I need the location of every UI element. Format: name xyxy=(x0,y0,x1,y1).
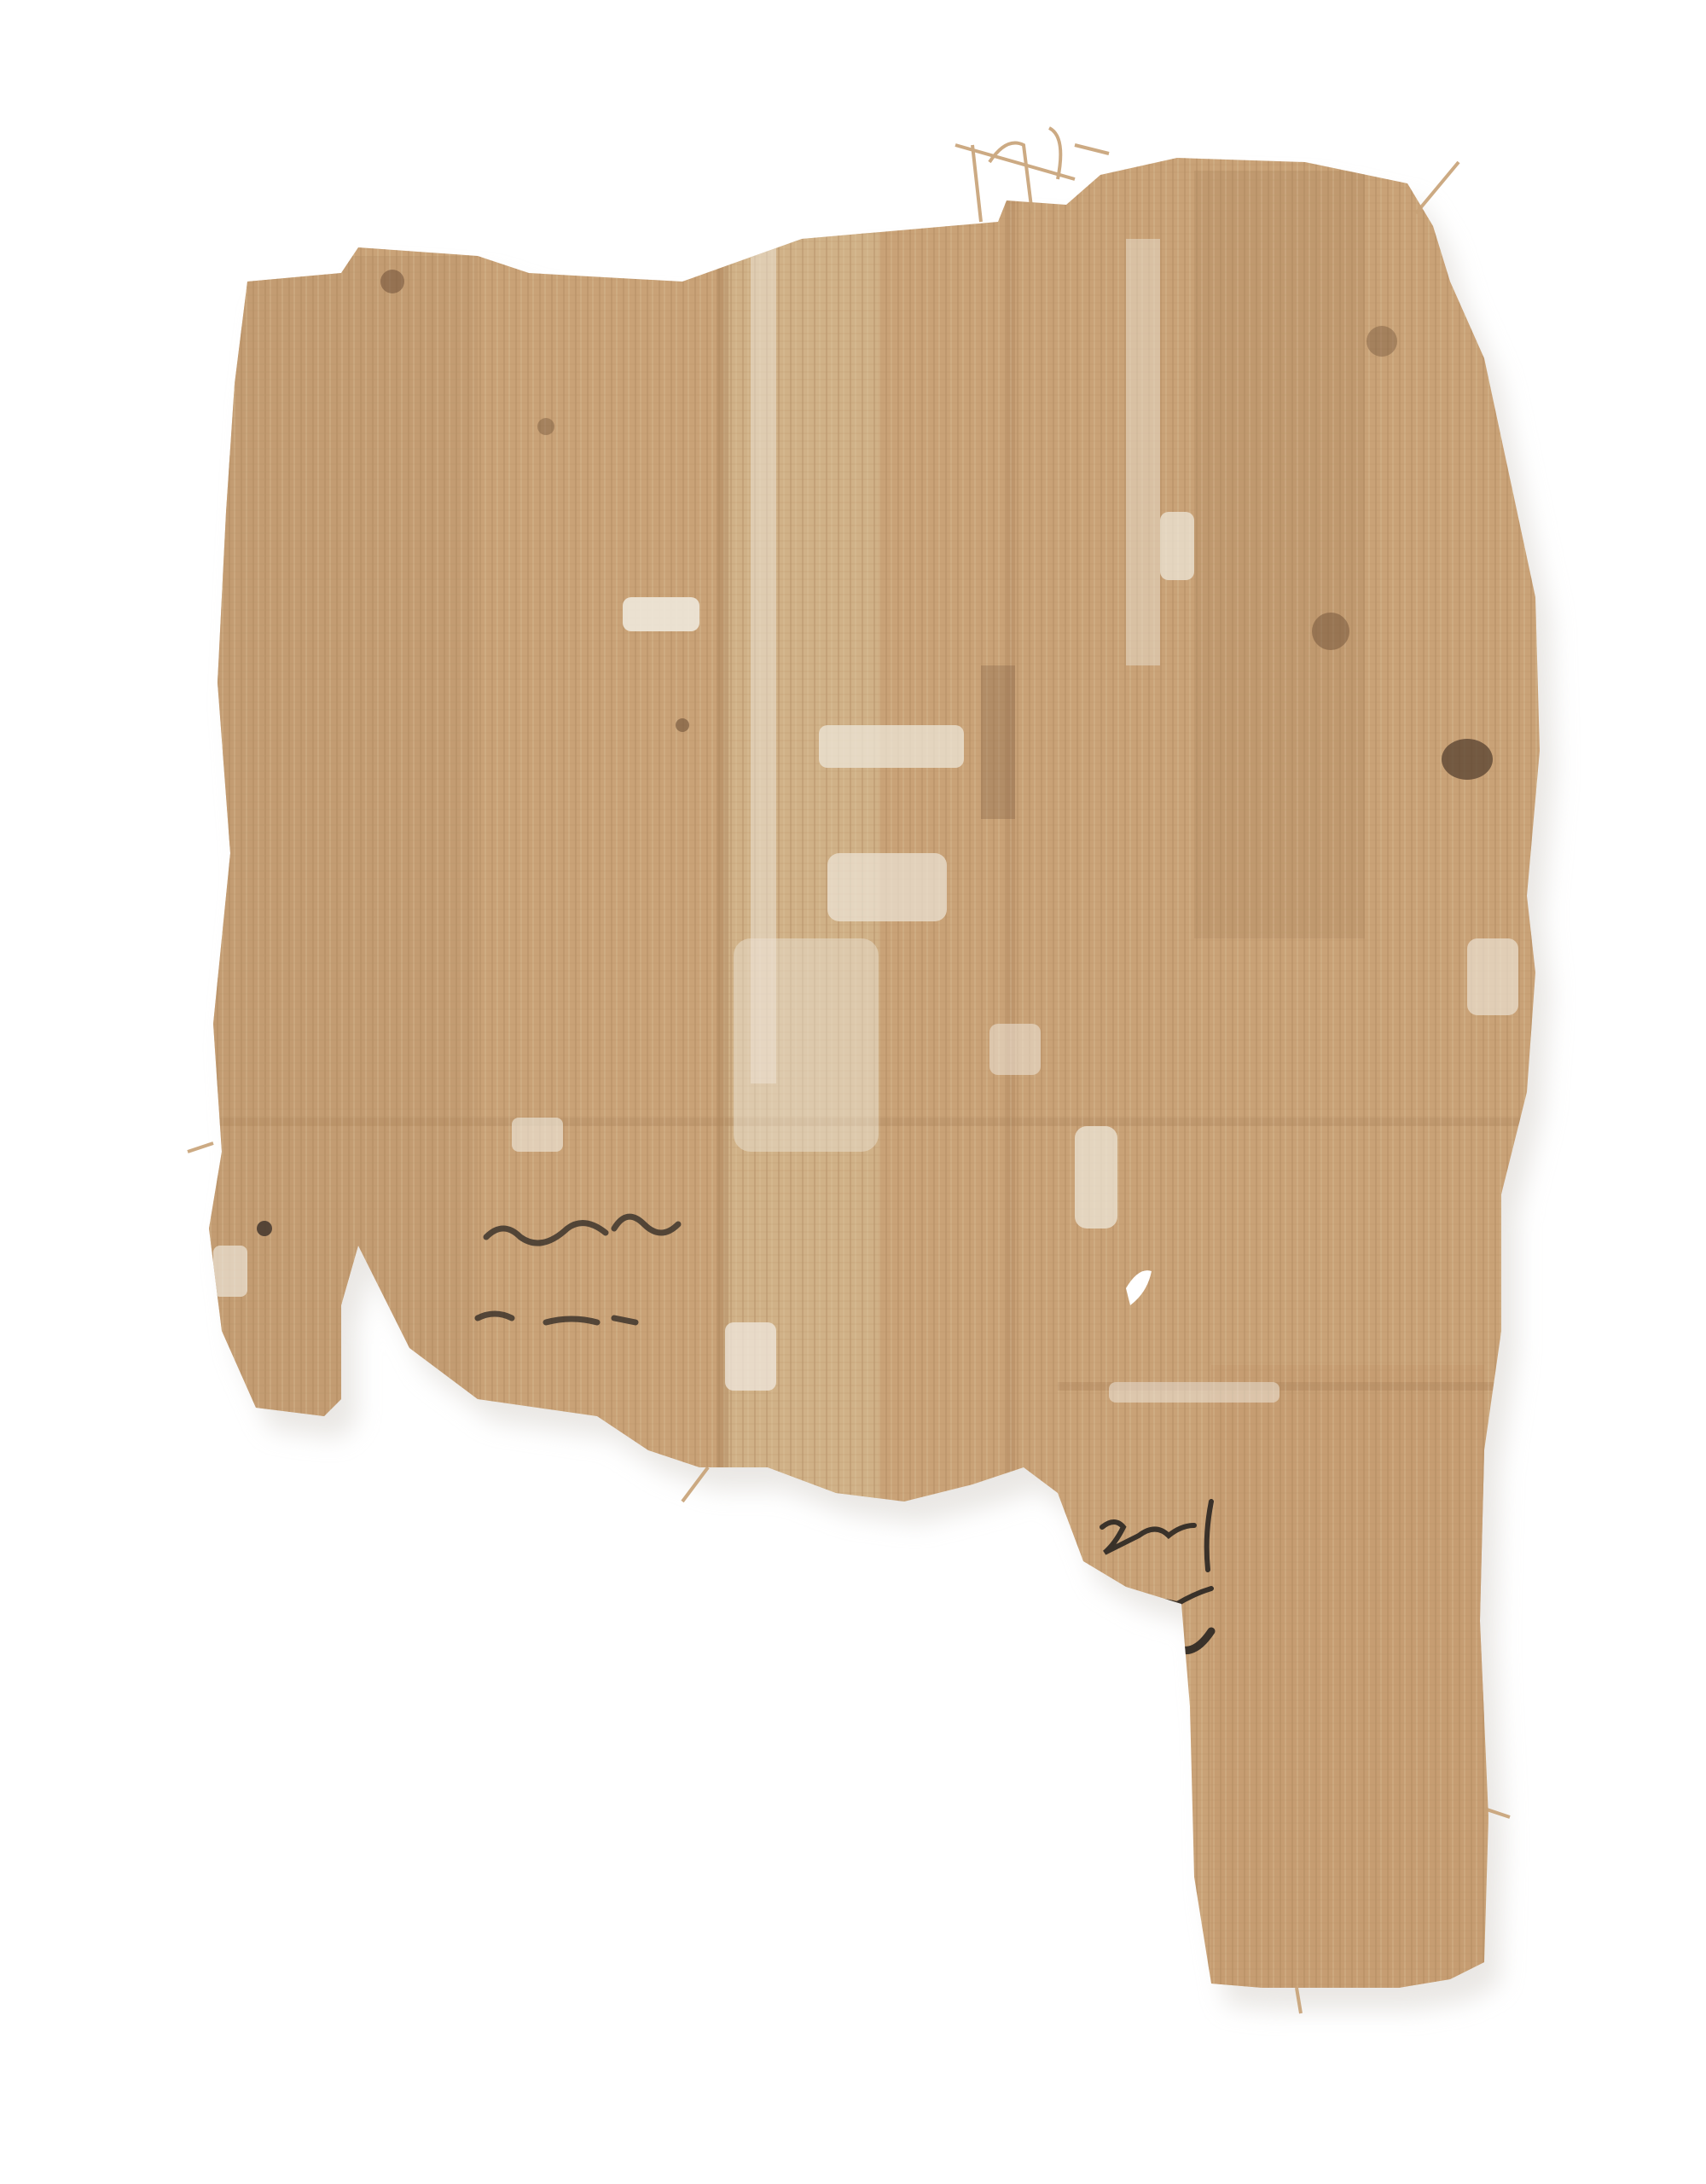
papyrus-fragment xyxy=(0,0,1706,2184)
photo-stage xyxy=(0,0,1706,2184)
papyrus-fragment-photo xyxy=(0,0,1706,2184)
